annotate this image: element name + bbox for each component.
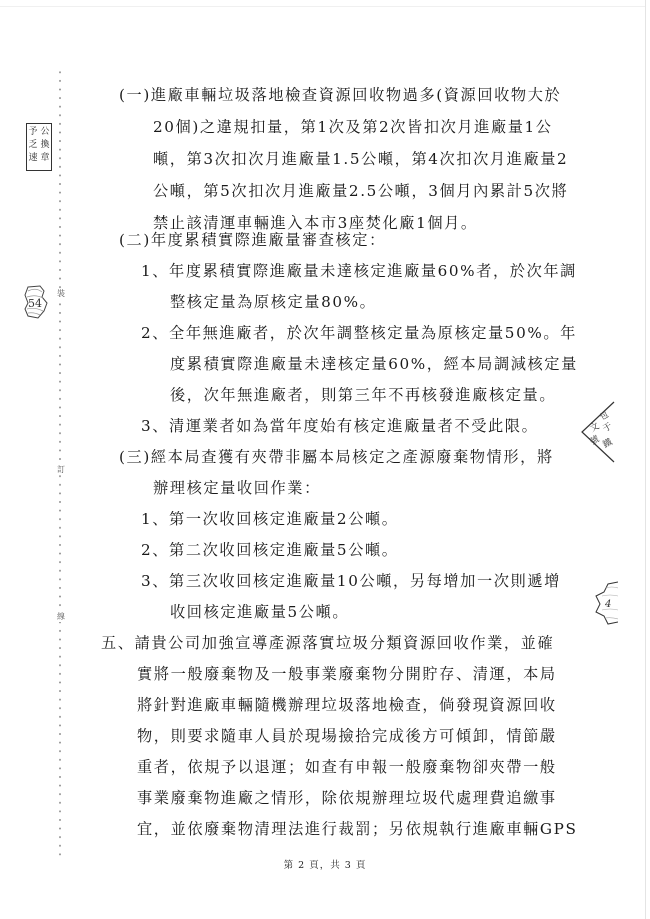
document-text-line: 2、全年無進廠者，於次年調整核定量為原核定量50%。年 [141,323,577,343]
document-text-line: 事業廢棄物進廠之情形，除依規辦理垃圾代處理費追繳事 [137,788,557,808]
document-text-line: 物，則要求隨車人員於現場撿拾完成後方可傾卸，情節嚴 [137,726,557,746]
svg-text:號: 號 [588,433,602,448]
document-text-line: 辦理核定量收回作業： [153,478,321,498]
stamp-char: 予 [28,126,37,139]
document-text-line: 將針對進廠車輛隨機辦理垃圾落地檢查，倘發現資源回收 [137,695,557,715]
stamp-char: 乏 [28,139,37,152]
document-text-line: (一)進廠車輛垃圾落地檢查資源回收物過多(資源回收物大於 [119,85,561,105]
svg-text:包: 包 [598,409,610,422]
binding-dotted-line [59,68,61,858]
binding-label-zhuang: 裝 [56,289,66,299]
document-text-line: 五、請貴公司加強宣導產源落實垃圾分類資源回收作業，並確 [101,633,554,653]
svg-text:4: 4 [604,599,611,610]
document-text-line: 整核定量為原核定量80%。 [170,292,376,312]
document-text-line: 重者，依規予以退運；如查有申報一般廢棄物卻夾帶一般 [137,757,557,777]
document-text-line: 1、第一次收回核定進廠量2公噸。 [141,509,399,529]
svg-text:鐵: 鐵 [601,436,615,451]
svg-text:于: 于 [601,421,614,435]
document-text-line: 公噸，第5次扣次月進廠量2.5公噸，3個月內累計5次將 [153,181,568,201]
stamp-char: 換 [40,139,49,152]
right-triangle-seal-icon: 包 文 于 號 鐵 [578,400,618,464]
svg-text:54: 54 [28,297,42,310]
right-gear-seal-icon: 4 [594,580,618,626]
document-text-line: 後，次年無進廠者，則第三年不再核發進廠核定量。 [170,385,556,405]
document-text-line: 實將一般廢棄物及一般事業廢棄物分開貯存、清運，本局 [137,664,557,684]
page-top-edge [0,6,645,7]
document-text-line: 收回核定進廠量5公噸。 [170,602,349,622]
page-right-edge [645,0,646,919]
stamp-char: 章 [40,152,49,165]
document-text-line: 20個)之違規扣量，第1次及第2次皆扣次月進廠量1公 [153,117,553,137]
stamp-char: 公 [40,126,49,139]
document-text-line: 3、清運業者如為當年度始有核定進廠量者不受此限。 [141,416,538,436]
left-seal-icon: 54 [22,285,50,319]
document-text-line: 宜，並依廢棄物清理法進行裁罰；另依規執行進廠車輛GPS [137,819,577,839]
binding-label-ding: 訂 [56,465,66,475]
document-text-line: (三)經本局查獲有夾帶非屬本局核定之產源廢棄物情形，將 [119,447,554,467]
document-text-line: 噸，第3次扣次月進廠量1.5公噸，第4次扣次月進廠量2 [153,149,568,169]
document-text-line: 3、第三次收回核定進廠量10公噸，另每增加一次則遞增 [141,571,561,591]
document-text-line: 2、第二次收回核定進廠量5公噸。 [141,540,399,560]
stamp-left-column: 予 乏 速 [27,124,39,170]
stamp-right-column: 公 換 章 [39,124,51,170]
document-text-line: 1、年度累積實際進廠量未達核定進廠量60%者，於次年調 [141,261,577,281]
official-stamp-box: 公 換 章 予 乏 速 [26,123,52,171]
document-text-line: (二)年度累積實際進廠量審查核定： [119,230,386,250]
page-number-footer: 第 2 頁，共 3 頁 [0,857,650,871]
binding-label-xian: 線 [56,612,66,622]
document-text-line: 度累積實際進廠量未達核定量60%，經本局調減核定量 [170,354,578,374]
svg-text:文: 文 [588,420,602,435]
stamp-char: 速 [28,152,37,165]
